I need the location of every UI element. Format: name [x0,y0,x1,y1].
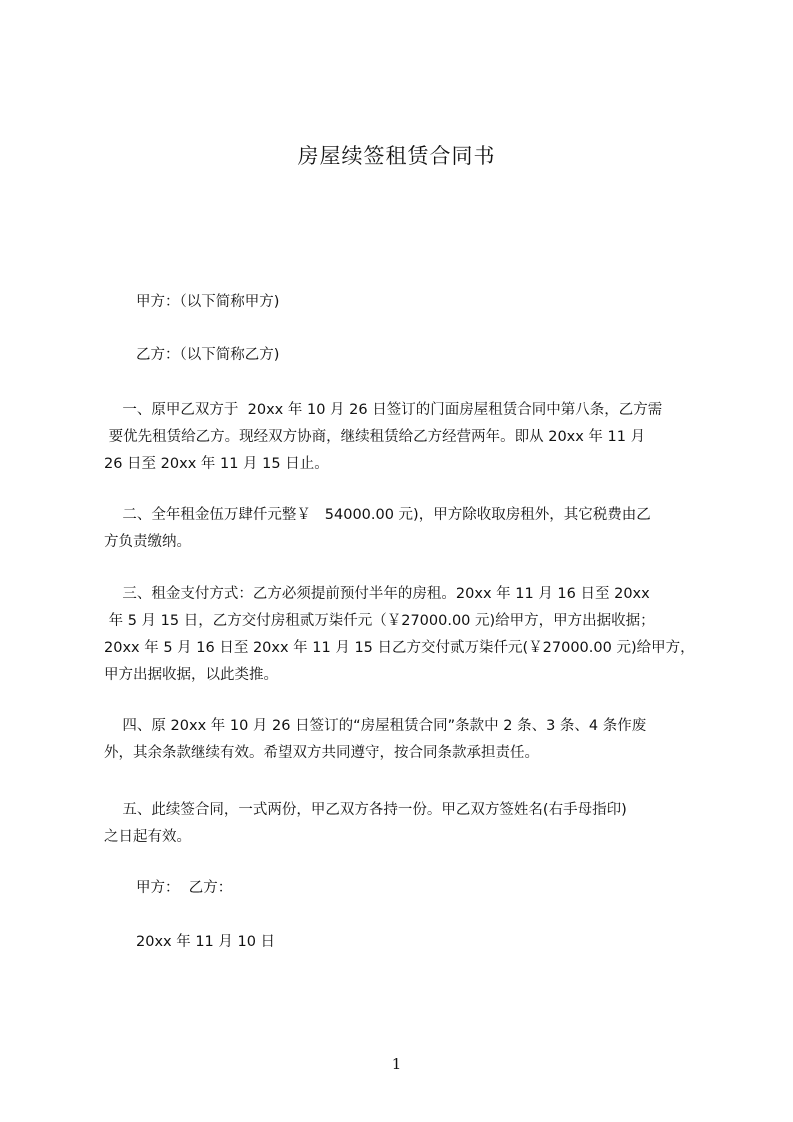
clause-1: 一、原甲乙双方于 20xx 年 10 月 26 日签订的门面房屋租赁合同中第八条… [104,397,714,478]
party-a-line: 甲方：（以下简称甲方) [136,292,279,312]
clause-4-line-1: 四、原 20xx 年 10 月 26 日签订的“房屋租赁合同”条款中 2 条、3… [104,713,714,740]
clause-1-line-1: 一、原甲乙双方于 20xx 年 10 月 26 日签订的门面房屋租赁合同中第八条… [104,397,714,424]
clause-3-line-4: 甲方出据收据，以此类推。 [104,662,714,689]
clause-3-line-1: 三、租金支付方式：乙方必须提前预付半年的房租。20xx 年 11 月 16 日至… [104,581,714,608]
clause-2-line-2: 方负责缴纳。 [104,529,714,556]
clause-5-line-1: 五、此续签合同，一式两份，甲乙双方各持一份。甲乙双方签姓名(右手母指印) [104,797,714,824]
date-line: 20xx 年 11 月 10 日 [136,932,275,952]
clause-2-line-1: 二、全年租金伍万肆仟元整￥ 54000.00 元)，甲方除收取房租外，其它税费由… [104,502,714,529]
clause-5: 五、此续签合同，一式两份，甲乙双方各持一份。甲乙双方签姓名(右手母指印) 之日起… [104,797,714,851]
clause-4: 四、原 20xx 年 10 月 26 日签订的“房屋租赁合同”条款中 2 条、3… [104,713,714,767]
party-b-line: 乙方：（以下简称乙方) [136,345,279,365]
clause-1-line-2: 要优先租赁给乙方。现经双方协商，继续租赁给乙方经营两年。即从 20xx 年 11… [104,424,714,451]
clause-3: 三、租金支付方式：乙方必须提前预付半年的房租。20xx 年 11 月 16 日至… [104,581,714,689]
clause-1-line-3: 26 日至 20xx 年 11 月 15 日止。 [104,451,714,478]
page-number: 1 [0,1055,793,1073]
signature-line: 甲方： 乙方： [136,878,232,898]
clause-5-line-2: 之日起有效。 [104,824,714,851]
clause-4-line-2: 外，其余条款继续有效。希望双方共同遵守，按合同条款承担责任。 [104,740,714,767]
clause-3-line-3: 20xx 年 5 月 16 日至 20xx 年 11 月 15 日乙方交付贰万柒… [104,635,714,662]
clause-2: 二、全年租金伍万肆仟元整￥ 54000.00 元)，甲方除收取房租外，其它税费由… [104,502,714,556]
document-page: 房屋续签租赁合同书 甲方：（以下简称甲方) 乙方：（以下简称乙方) 一、原甲乙双… [0,0,793,1122]
document-title: 房屋续签租赁合同书 [0,142,793,170]
clause-3-line-2: 年 5 月 15 日，乙方交付房租贰万柒仟元（￥27000.00 元)给甲方，甲… [104,608,714,635]
